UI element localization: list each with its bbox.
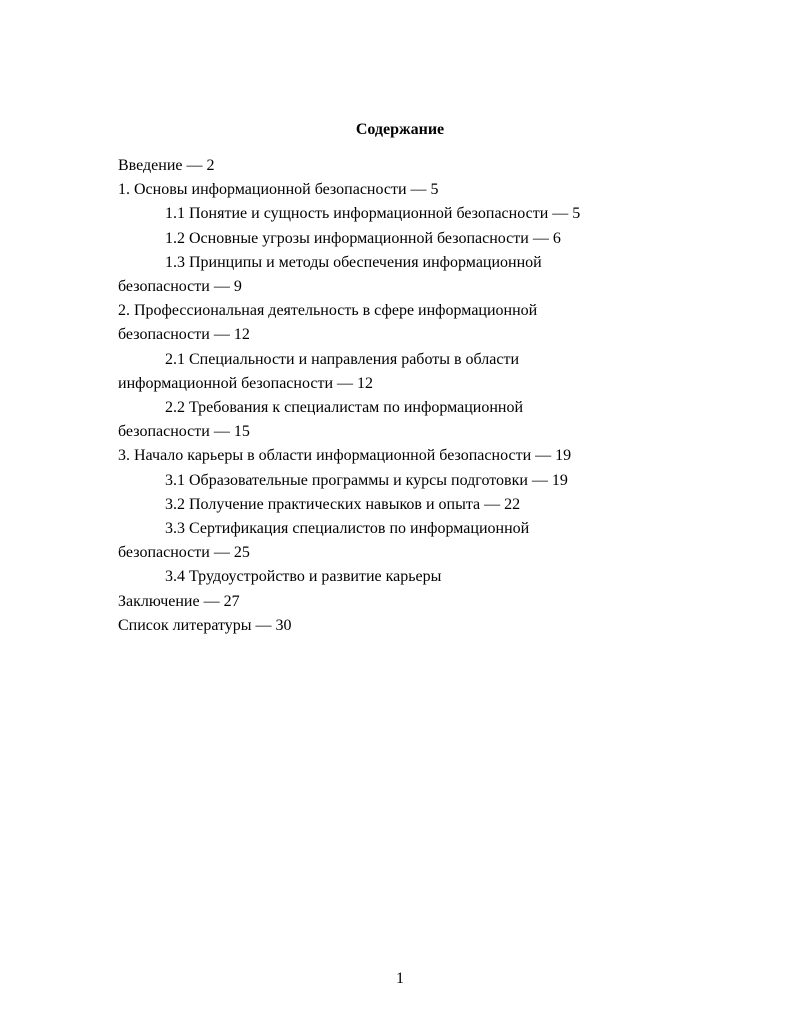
toc-entry-conclusion: Заключение — 27 — [118, 590, 608, 614]
toc-title: Содержание — [0, 118, 800, 142]
toc-entry-section-1-2: 1.2 Основные угрозы информационной безоп… — [118, 227, 608, 251]
toc-entry-section-2-2: 2.2 Требования к специалистам по информа… — [118, 396, 608, 444]
toc-entry-section-3-3: 3.3 Сертификация специалистов по информа… — [118, 517, 608, 565]
document-page: Содержание Введение — 2 1. Основы информ… — [0, 0, 800, 1035]
toc-entry-section-2-1: 2.1 Специальности и направления работы в… — [118, 348, 608, 396]
toc-entry-section-3-2: 3.2 Получение практических навыков и опы… — [118, 493, 608, 517]
toc-entry-section-1-3: 1.3 Принципы и методы обеспечения информ… — [118, 251, 608, 299]
toc-entry-section-1-1: 1.1 Понятие и сущность информационной бе… — [118, 202, 608, 226]
toc-entry-introduction: Введение — 2 — [118, 154, 608, 178]
toc-entry-chapter-3: 3. Начало карьеры в области информационн… — [118, 444, 608, 468]
toc-entry-bibliography: Список литературы — 30 — [118, 614, 608, 638]
toc-entry-chapter-2: 2. Профессиональная деятельность в сфере… — [118, 299, 608, 347]
toc-entry-chapter-1: 1. Основы информационной безопасности — … — [118, 178, 608, 202]
toc-entry-section-3-1: 3.1 Образовательные программы и курсы по… — [118, 469, 608, 493]
toc-entry-section-3-4: 3.4 Трудоустройство и развитие карьеры — [118, 565, 608, 589]
table-of-contents: Введение — 2 1. Основы информационной бе… — [118, 154, 608, 638]
page-number: 1 — [0, 967, 800, 991]
